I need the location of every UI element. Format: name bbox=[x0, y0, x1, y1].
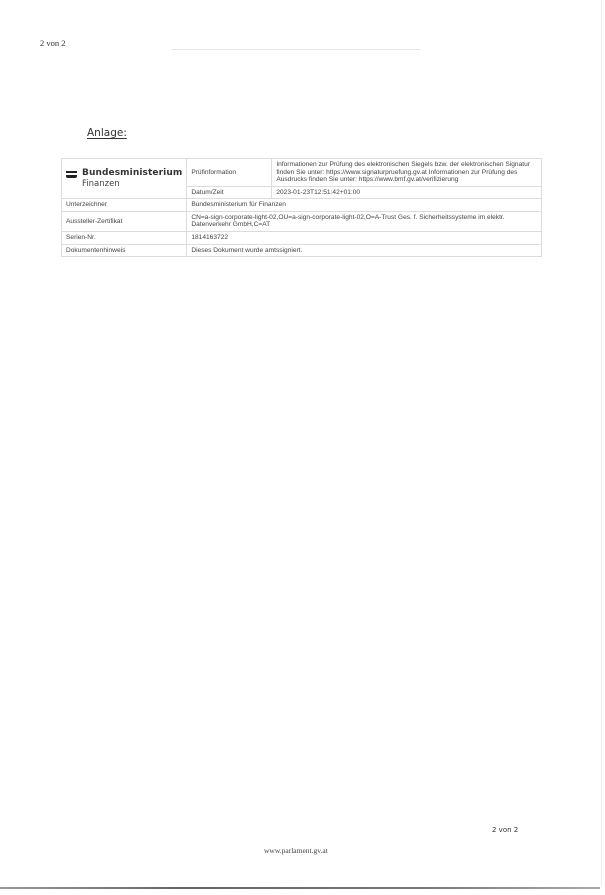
logo-line2: Finanzen bbox=[82, 180, 182, 190]
row-value: CN=a-sign-corporate-light-02,OU=a-sign-c… bbox=[187, 211, 542, 231]
page-indicator-bottom: 2 von 2 bbox=[492, 826, 518, 834]
logo-cell: Bundesministerium Finanzen bbox=[62, 159, 187, 199]
page-edge bbox=[601, 0, 602, 885]
footer-url: www.parlament.gv.at bbox=[264, 846, 328, 855]
bmf-logo: Bundesministerium Finanzen bbox=[66, 168, 182, 190]
datum-label: Datum/Zeit bbox=[187, 186, 272, 199]
datum-value: 2023-01-23T12:51:42+01:00 bbox=[272, 186, 542, 199]
bmf-logo-icon bbox=[66, 171, 77, 178]
table-row: Dokumentenhinweis Dieses Dokument wurde … bbox=[62, 244, 542, 257]
row-label: Serien-Nr. bbox=[62, 232, 187, 245]
table-row: Unterzeichner Bundesministerium für Fina… bbox=[62, 199, 542, 212]
pruefinformation-value: Informationen zur Prüfung des elektronis… bbox=[272, 159, 542, 187]
row-value: Dieses Dokument wurde amtssigniert. bbox=[187, 244, 542, 257]
logo-line1: Bundesministerium bbox=[82, 168, 182, 178]
signature-table: Bundesministerium Finanzen Prüfinformati… bbox=[61, 158, 542, 257]
header-rule bbox=[172, 49, 420, 50]
row-value: 1814163722 bbox=[187, 232, 542, 245]
section-title: Anlage: bbox=[87, 127, 127, 139]
pruefinformation-label: Prüfinformation bbox=[187, 159, 272, 187]
row-value: Bundesministerium für Finanzen bbox=[187, 199, 542, 212]
row-label: Dokumentenhinweis bbox=[62, 244, 187, 257]
table-row: Bundesministerium Finanzen Prüfinformati… bbox=[62, 159, 542, 187]
page-indicator-top: 2 von 2 bbox=[40, 38, 66, 48]
table-row: Aussteller-Zertifikat CN=a-sign-corporat… bbox=[62, 211, 542, 231]
row-label: Aussteller-Zertifikat bbox=[62, 211, 187, 231]
table-row: Serien-Nr. 1814163722 bbox=[62, 232, 542, 245]
bottom-rule bbox=[0, 887, 600, 889]
row-label: Unterzeichner bbox=[62, 199, 187, 212]
